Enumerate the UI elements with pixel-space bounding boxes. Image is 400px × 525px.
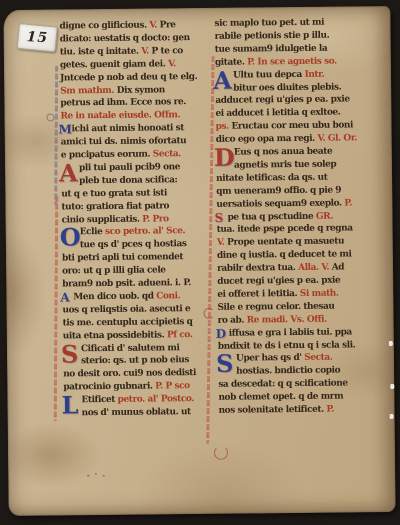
text-segment: tis me. centuplu accipietis q [63,317,193,328]
text-segment: Re madi. Vs. Offi. [247,314,327,325]
text-line: amici tui ds. nimis ofortatu [61,135,205,149]
text-line: V. Prope uentate q masuetu [217,236,361,250]
text-segment: sco petro. al' Sce. [105,227,185,238]
text-line: nob clemet opet. q de mrm [218,390,362,404]
text-segment: pleb tue dona scifica: [79,175,177,186]
edge-chip [390,414,394,419]
text-segment: ps. [216,122,232,132]
text-segment: tua. itede pspe pcede q regna [217,224,353,235]
text-line: qm ueneram9 offio. q pie 9 [216,184,360,198]
text-segment: V. [141,46,151,56]
text-line: tis me. centuplu accipietis q [63,316,207,330]
text-segment: Secta. [153,149,181,159]
text-line: ducet regi u'gies p ea. pxie [217,274,361,288]
text-segment: tiu. iste q initate. [60,46,141,57]
text-segment: agnetis mris tue solep [234,159,336,170]
text-line: Jntcede p nob ad deu q te elg. [60,71,204,85]
text-segment: P te co [151,46,182,56]
text-line: bitur oes diuites plebis. [215,81,359,95]
text-segment: bndixit te ds i etnu q i scla sli. [218,340,356,351]
manuscript-photo: 15 MAOASLdigne co glificious. V. Predica… [0,0,400,525]
text-line: Re in natale eiusde. Offm. [60,109,204,123]
text-segment: nitate letificas: da qs. ut [216,172,327,183]
text-line: rabile petionis stie p illu. [215,29,359,43]
text-line: tua. itede pspe pcede q regna [217,223,361,237]
text-line: adducet regi u'gies p ea. pxie [215,94,359,108]
text-segment: nos solenitate letificet. [219,405,327,416]
text-line: petrus ad ihm. Ecce nos re. [60,96,204,110]
text-segment: bitur oes diuites plebis. [233,82,341,93]
text-segment: Prope uentate q masuetu [227,237,344,248]
text-segment: tue qs d' pces q hostias [80,239,187,250]
text-segment: no desit oro. cui9 nos dedisti [63,368,196,379]
text-segment: rabilr dextra tua. [217,263,298,274]
text-line: ut q e tuo grata sut isti [61,187,205,201]
text-segment: Jntcede p nob ad deu q te elg. [60,72,197,83]
text-segment: Ad [332,263,344,273]
text-line: sa descedat: q q scificatione [218,377,362,391]
text-segment: uita etna possidebitis. [63,330,167,341]
text-segment: iffusa e gra i labiis tui. ppa [229,327,352,338]
text-segment: dico ego opa ma regi. [216,134,318,145]
folio-number: 15 [26,29,48,46]
text-column-left: MAOASLdigne co glificious. V. Predicato:… [59,19,195,424]
text-segment: tuto: gratiora fiat patro [61,201,169,212]
text-segment: ro ab. [218,315,247,325]
text-segment: P. [344,198,352,208]
text-segment: nob clemet opet. q de mrm [218,392,343,403]
text-line: bram9 nob psit. adueni. i. P. [62,277,206,291]
text-line: dico ego opa ma regi. V. Gl. Or. [216,132,360,146]
text-line: patrocinio gubnari. P. P sco [63,380,207,394]
edge-chip [389,341,393,346]
text-line: tue qs d' pces q hostias [62,238,206,252]
text-segment: Alla. V. [298,263,332,273]
text-line: nos solenitate letificet. P. [219,403,363,417]
text-line: uos q reliqstis oia. asecuti e [62,303,206,317]
folio-number-label: 15 [17,23,58,53]
text-line: ichi aut nimis honoati st [61,122,205,136]
text-line: ei adducet i letitia q exltoe. [215,107,359,121]
text-line: tuto: gratiora fiat patro [61,200,205,214]
text-segment: P. Pro [142,214,168,224]
text-line: getes. guenit giam dei. V. [60,58,204,72]
text-segment: Si math. [300,288,339,298]
text-segment: Eus q nos anua beate [234,147,333,158]
text-column-right: ADSDSsic maplo tuo pet. ut mirabile peti… [214,16,350,421]
text-segment: petro. al' Postco. [118,394,194,405]
penwork-flourish-left-upper [54,65,58,205]
penwork-flourish-center [206,56,214,444]
text-line: sic maplo tuo pet. ut mi [214,16,358,30]
text-line: hostias. bndictio copio [218,365,362,379]
text-segment: tue sumam9 idulgetie la [215,43,328,54]
text-line: Sile e regnu celor. thesau [217,300,361,314]
text-line: Eclie sco petro. al' Sce. [62,225,206,239]
text-segment: e pncipatus eorum. [61,149,153,160]
edge-chip [390,384,394,389]
text-segment: V. Gl. Or. [317,133,357,143]
text-line: Uper has qs d' Secta. [218,352,362,366]
text-line: oro: ut q p illi glia cele [62,264,206,278]
text-segment: Pre [160,20,176,30]
text-segment: oro: ut q p illi glia cele [62,265,166,276]
text-segment: pe tua q psctudine [227,211,315,222]
text-segment: V. [149,20,159,30]
text-segment: qm ueneram9 offio. q pie 9 [216,185,341,196]
penwork-tail-curl-icon [214,446,228,460]
text-line: pe tua q psctudine GR. [216,210,360,224]
text-line: ei offeret i letitia. Si math. [217,287,361,301]
text-segment: bti petri apli tui comendet [62,252,183,263]
text-segment: sic maplo tuo pet. ut mi [214,18,324,29]
text-segment: Re in natale eiusde. Offm. [60,110,180,121]
text-segment: sa descedat: q q scificatione [218,379,347,390]
text-line: bndixit te ds i etnu q i scla sli. [218,339,362,353]
text-segment: Sm mathm. [60,85,117,96]
text-segment: Ultu tuu depca [233,69,305,80]
text-segment: nos d' munus oblatu. ut [82,407,191,418]
text-segment: P. In sce agnetis so. [247,56,337,67]
text-line: digne co glificious. V. Pre [59,19,203,33]
text-line: uita etna possidebitis. Pf co. [63,329,207,343]
text-line: Eus q nos anua beate [216,145,360,159]
text-segment: bram9 nob psit. adueni. i. P. [62,278,191,289]
text-segment: getes. guenit giam dei. [60,59,168,70]
text-line: nitate letificas: da qs. ut [216,171,360,185]
text-segment: Dix symon [117,85,165,96]
penwork-flourish-left-lower [54,195,59,421]
text-segment: gitate. [215,57,247,67]
text-segment: cinio supplicatis. [62,214,143,225]
text-segment: Men dico uob. qd [73,291,156,302]
text-segment: pli tui pauli pcib9 one [79,162,180,173]
text-segment: sterio: qs. ut p nob eius [81,356,189,367]
text-line: dicato: uestatis q docto: gen [60,32,204,46]
text-segment: Secta. [304,353,332,363]
text-segment: Eclie [80,227,105,237]
text-segment: dine q iustia. q deducet te mi [217,250,352,261]
text-line: pleb tue dona scifica: [61,174,205,188]
text-segment: GR. [316,211,333,221]
text-line: cinio supplicatis. P. Pro [61,212,205,226]
text-segment: Pf co. [167,330,193,340]
text-segment: Uper has qs d' [236,353,304,364]
text-segment: Eructau cor meu ubu boni [231,121,353,132]
text-segment: uersatiois sequam9 exeplo. [216,198,344,209]
text-segment: uos q reliqstis oia. asecuti e [62,304,190,315]
text-line: iffusa e gra i labiis tui. ppa [218,326,362,340]
text-line: Cificati d' salutem mi [63,341,207,355]
text-line: tue sumam9 idulgetie la [215,42,359,56]
text-segment: dicato: uestatis q docto: gen [60,33,190,44]
text-line: sterio: qs. ut p nob eius [63,354,207,368]
parchment-leaf: 15 MAOASLdigne co glificious. V. Predica… [3,6,395,516]
text-line: uersatiois sequam9 exeplo. P. [216,197,360,211]
text-segment: ut q e tuo grata sut isti [61,188,167,199]
text-segment: ducet regi u'gies p ea. pxie [217,276,340,287]
text-line: agnetis mris tue solep [216,158,360,172]
text-segment: adducet regi u'gies p ea. pxie [215,95,349,106]
text-line: tiu. iste q initate. V. P te co [60,45,204,59]
text-segment: Etificet [81,395,117,405]
ink-specks [84,471,110,479]
text-segment: V. [168,59,176,69]
text-segment: Cificati d' salutem mi [81,343,180,354]
text-segment: hostias. bndictio copio [236,366,340,377]
text-line: Sm mathm. Dix symon [60,83,204,97]
text-line: nos d' munus oblatu. ut [64,406,208,420]
text-line: bti petri apli tui comendet [62,251,206,265]
text-segment: digne co glificious. [59,21,149,32]
text-line: gitate. P. In sce agnetis so. [215,55,359,69]
text-line: pli tui pauli pcib9 one [61,161,205,175]
text-segment: Sile e regnu celor. thesau [217,301,334,312]
text-segment: Coni. [156,291,180,301]
text-segment: P. P sco [155,381,190,391]
text-segment: V. [217,238,227,248]
text-line: Ultu tuu depca Intr. [215,68,359,82]
text-segment: P. [326,405,334,415]
text-segment: rabile petionis stie p illu. [215,31,330,42]
text-segment: patrocinio gubnari. [63,382,155,393]
text-segment: Intr. [305,69,325,79]
text-segment: ichi aut nimis honoati st [72,123,184,134]
text-segment: ei adducet i letitia q exltoe. [215,108,340,119]
text-line: e pncipatus eorum. Secta. [61,148,205,162]
text-line: ro ab. Re madi. Vs. Offi. [218,313,362,327]
text-line: Etificet petro. al' Postco. [63,393,207,407]
text-line: dine q iustia. q deducet te mi [217,248,361,262]
text-line: Men dico uob. qd Coni. [62,290,206,304]
margin-ornament-circle-icon [46,114,54,122]
text-line: no desit oro. cui9 nos dedisti [63,367,207,381]
text-segment: petrus ad ihm. Ecce nos re. [60,98,186,109]
text-segment: amici tui ds. nimis ofortatu [61,136,187,147]
text-line: ps. Eructau cor meu ubu boni [216,120,360,134]
text-segment: ei offeret i letitia. [217,289,300,300]
text-line: rabilr dextra tua. Alla. V. Ad [217,261,361,275]
